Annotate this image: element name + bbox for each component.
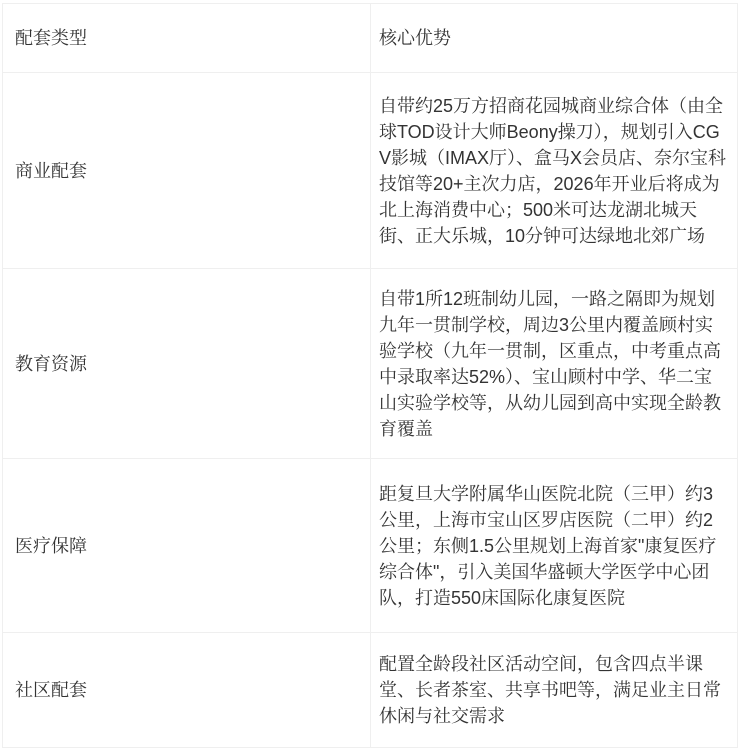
table-row-medical: 医疗保障 距复旦大学附属华山医院北院（三甲）约3公里，上海市宝山区罗店医院（二甲… [3, 459, 738, 633]
row-type-label: 医疗保障 [3, 459, 371, 633]
row-advantage-text: 自带约25万方招商花园城商业综合体（由全球TOD设计大师Beony操刀），规划引… [371, 73, 738, 269]
table-row-education: 教育资源 自带1所12班制幼儿园，一路之隔即为规划九年一贯制学校，周边3公里内覆… [3, 269, 738, 459]
facilities-table: 配套类型 核心优势 商业配套 自带约25万方招商花园城商业综合体（由全球TOD设… [2, 3, 738, 748]
column-header-type: 配套类型 [3, 4, 371, 73]
table-header-row: 配套类型 核心优势 [3, 4, 738, 73]
table-row-commercial: 商业配套 自带约25万方招商花园城商业综合体（由全球TOD设计大师Beony操刀… [3, 73, 738, 269]
row-advantage-text: 配置全龄段社区活动空间，包含四点半课堂、长者茶室、共享书吧等，满足业主日常休闲与… [371, 633, 738, 748]
table-row-community: 社区配套 配置全龄段社区活动空间，包含四点半课堂、长者茶室、共享书吧等，满足业主… [3, 633, 738, 748]
row-advantage-text: 距复旦大学附属华山医院北院（三甲）约3公里，上海市宝山区罗店医院（二甲）约2公里… [371, 459, 738, 633]
row-type-label: 教育资源 [3, 269, 371, 459]
row-type-label: 商业配套 [3, 73, 371, 269]
row-type-label: 社区配套 [3, 633, 371, 748]
row-advantage-text: 自带1所12班制幼儿园，一路之隔即为规划九年一贯制学校，周边3公里内覆盖顾村实验… [371, 269, 738, 459]
column-header-advantage: 核心优势 [371, 4, 738, 73]
